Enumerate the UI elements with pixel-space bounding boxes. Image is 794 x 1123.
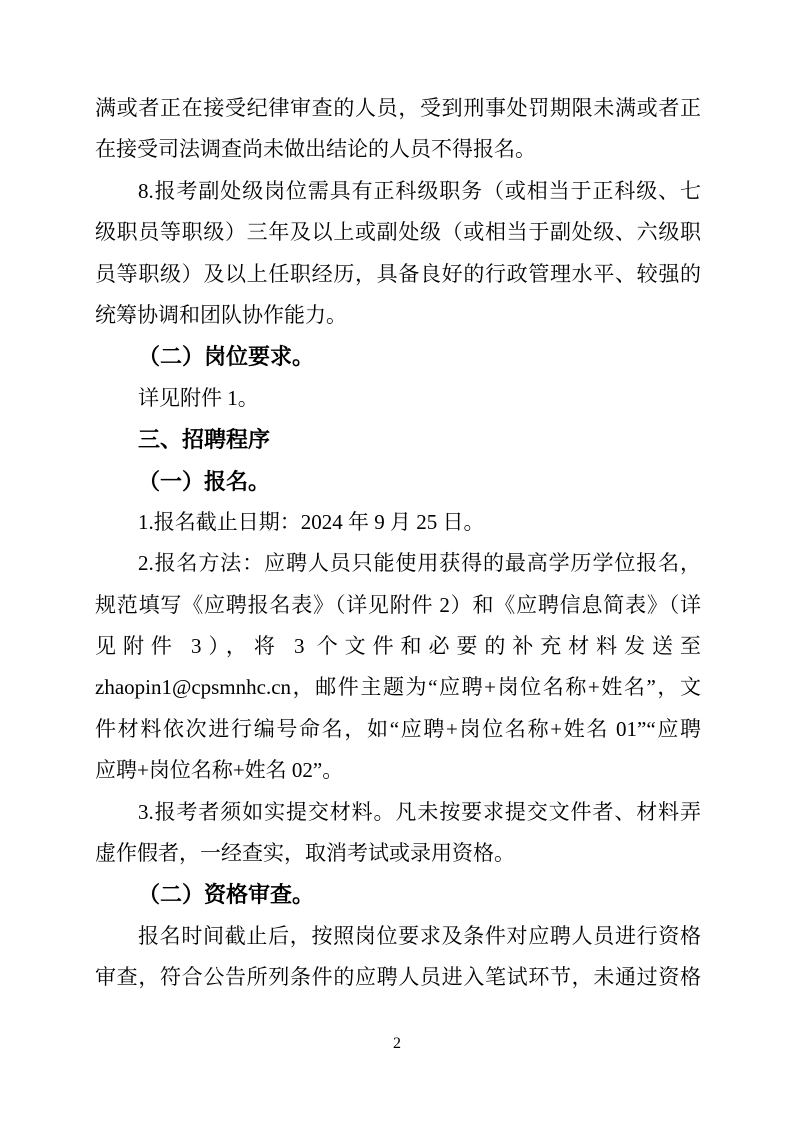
body-text-line: 审查，符合公告所列条件的应聘人员进入笔试环节，未通过资格 [95, 957, 701, 998]
heading-registration: （一）报名。 [95, 461, 701, 502]
body-text-line-deadline: 1.报名截止日期：2024 年 9 月 25 日。 [95, 502, 701, 543]
body-text-line: 级职员等职级）三年及以上或副处级（或相当于副处级、六级职 [95, 212, 701, 253]
body-text-line: 规范填写《应聘报名表》（详见附件 2）和《应聘信息简表》（详 [95, 585, 701, 626]
heading-job-requirements: （二）岗位要求。 [95, 336, 701, 377]
heading-qualification-review: （二）资格审查。 [95, 874, 701, 915]
body-text-line-email: zhaopin1@cpsmnhc.cn，邮件主题为“应聘+岗位名称+姓名”，文 [95, 667, 701, 708]
heading-recruitment-procedure: 三、招聘程序 [95, 419, 701, 460]
document-page: 满或者正在接受纪律审查的人员，受到刑事处罚期限未满或者正 在接受司法调查尚未做出… [0, 0, 794, 1123]
body-text-line: 报名时间截止后，按照岗位要求及条件对应聘人员进行资格 [95, 916, 701, 957]
body-text-line: 满或者正在接受纪律审查的人员，受到刑事处罚期限未满或者正 [95, 88, 701, 129]
body-text-line: 件材料依次进行编号命名，如“应聘+岗位名称+姓名 01”“应聘 [95, 709, 701, 750]
body-text-line: 2.报名方法：应聘人员只能使用获得的最高学历学位报名， [95, 543, 701, 584]
page-number: 2 [0, 1033, 794, 1055]
body-text-line: 见附件 3），将 3 个文件和必要的补充材料发送至 [95, 626, 701, 667]
body-text-line: 8.报考副处级岗位需具有正科级职务（或相当于正科级、七 [95, 171, 701, 212]
body-text-line: 统筹协调和团队协作能力。 [95, 295, 701, 336]
body-text-line: 3.报考者须如实提交材料。凡未按要求提交文件者、材料弄 [95, 792, 701, 833]
body-text-line: 在接受司法调查尚未做出结论的人员不得报名。 [95, 129, 701, 170]
body-text-line: 详见附件 1。 [95, 378, 701, 419]
body-text-line: 员等职级）及以上任职经历，具备良好的行政管理水平、较强的 [95, 254, 701, 295]
body-text-line: 应聘+岗位名称+姓名 02”。 [95, 750, 701, 791]
document-body: 满或者正在接受纪律审查的人员，受到刑事处罚期限未满或者正 在接受司法调查尚未做出… [95, 88, 701, 999]
body-text-line: 虚作假者，一经查实，取消考试或录用资格。 [95, 833, 701, 874]
